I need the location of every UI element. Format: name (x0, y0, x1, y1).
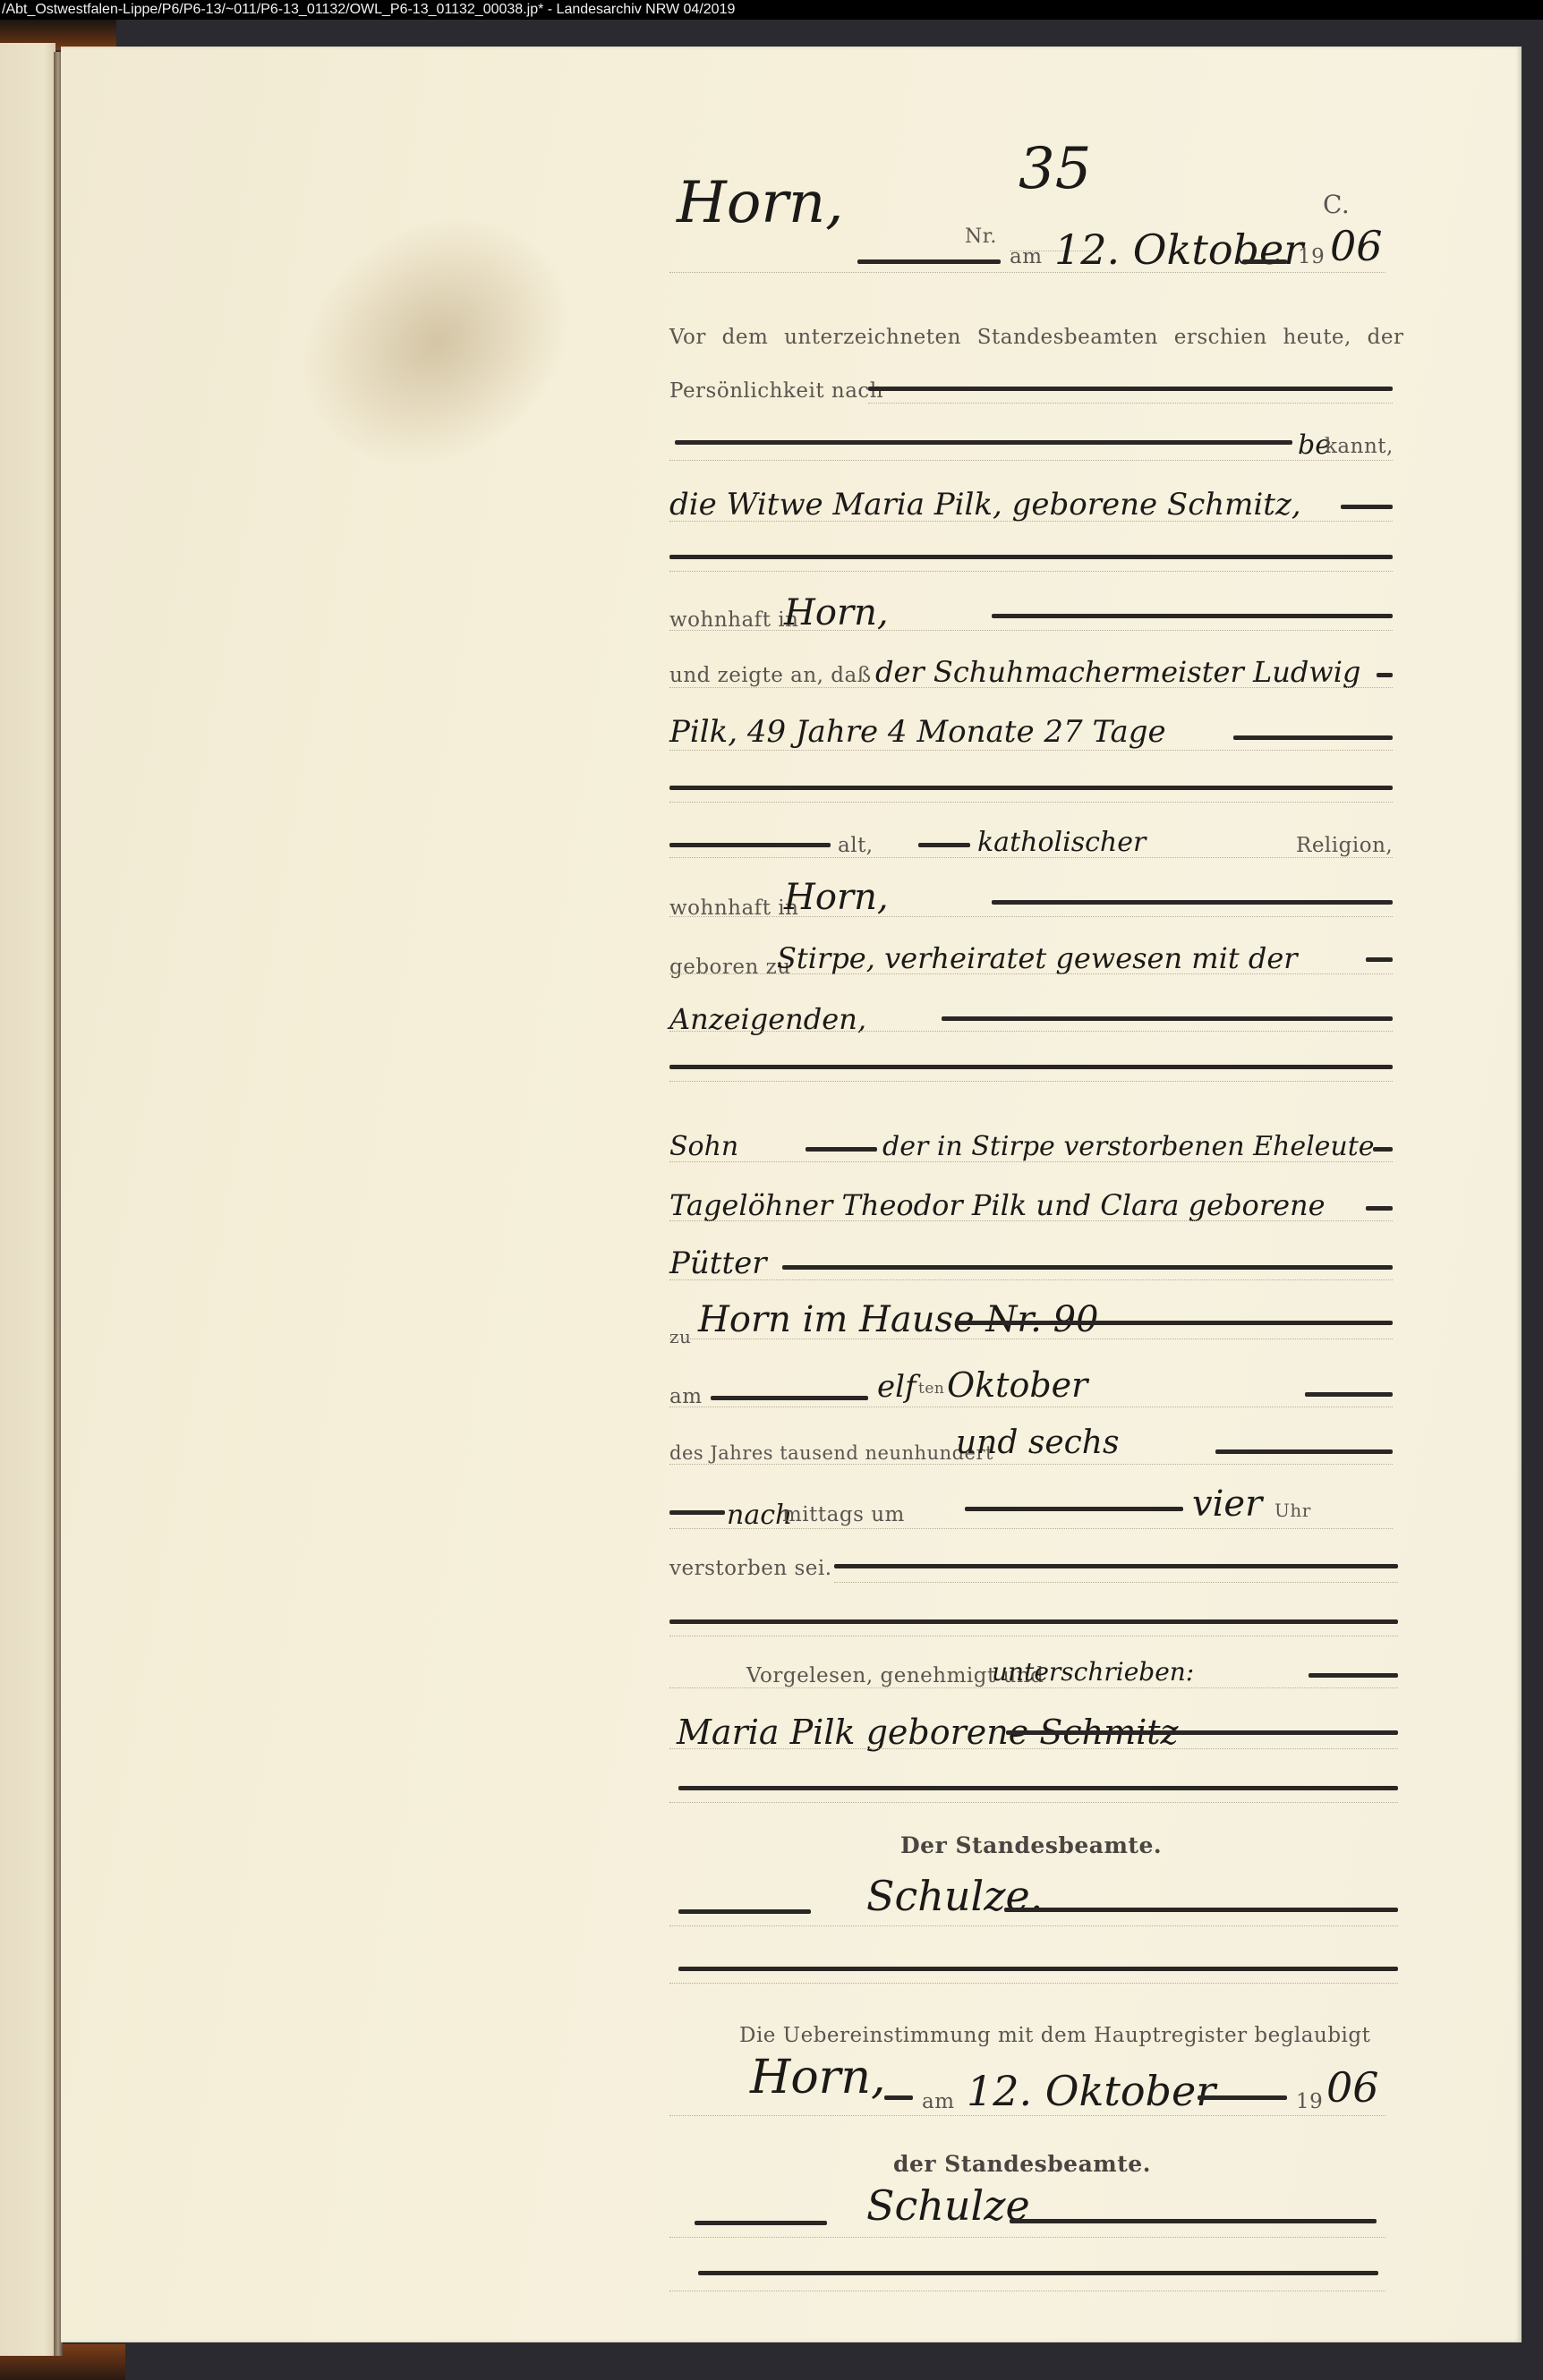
official-title: Der Standesbeamte. (900, 1832, 1162, 1858)
form-text-l7: und zeigte an, daß (669, 664, 872, 687)
form-text-alt: alt, (838, 834, 874, 857)
certification-signature: Schulze (866, 2181, 1030, 2230)
form-text-religion: Religion, (1296, 834, 1393, 857)
hw-day: elf (877, 1369, 916, 1405)
hw-l6: Horn, (784, 592, 889, 633)
form-text-l1: Vor dem unterzeichneten Standesbeamten e… (669, 326, 1404, 349)
form-text-l6: wohnhaft in (669, 608, 798, 632)
certification-official-title: der Standesbeamte. (893, 2151, 1151, 2177)
hw-l8: Pilk, 49 Jahre 4 Monate 27 Tage (669, 714, 1166, 750)
form-text-l3: kannt, (1325, 435, 1394, 458)
hw-sohn: Sohn (669, 1131, 738, 1162)
official-signature: Schulze. (866, 1872, 1043, 1920)
form-letter: C. (1323, 190, 1350, 219)
hw-l12: Stirpe, verheiratet gewesen mit der (777, 941, 1298, 975)
form-text-verstorben: verstorben sei. (669, 1557, 832, 1580)
hw-religion: katholischer (977, 827, 1146, 858)
hw-address: Horn im Hause Nr. 90 (698, 1299, 1098, 1340)
certification-year-suffix: 06 (1326, 2063, 1379, 2112)
form-text-year: des Jahres tausend neunhundert (669, 1442, 993, 1464)
header-place: Horn, (677, 170, 844, 236)
hw-parents: Tagelöhner Theodor Pilk und Clara gebore… (669, 1188, 1326, 1222)
register-page: Horn, Nr. 35 C. am 12. Oktober 19 06 Vor… (61, 47, 1522, 2342)
hw-hour: vier (1192, 1483, 1262, 1525)
window-title: /Abt_Ostwestfalen-Lippe/P6/P6-13/~011/P6… (2, 2, 735, 17)
form-text-l2: Persönlichkeit nach (669, 379, 883, 403)
form-text-zu: zu (669, 1326, 691, 1347)
form-text-l12: geboren zu (669, 956, 791, 979)
hw-l11: Horn, (784, 877, 889, 918)
record-number: 35 (1019, 136, 1091, 202)
certification-text: Die Uebereinstimmung mit dem Hauptregist… (739, 2024, 1370, 2047)
form-text-am: am (669, 1385, 703, 1408)
hw-month: Oktober (947, 1365, 1087, 1405)
date-prefix: am (1010, 245, 1043, 268)
certification-date-prefix: am (922, 2090, 955, 2113)
hw-l7: der Schuhmachermeister Ludwig (875, 655, 1360, 689)
year-prefix: 19 (1298, 245, 1325, 268)
certification-year-prefix: 19 (1296, 2090, 1323, 2113)
window-title-bar: /Abt_Ostwestfalen-Lippe/P6/P6-13/~011/P6… (0, 0, 1543, 20)
mold-stain (252, 165, 620, 520)
informant-line: die Witwe Maria Pilk, geborene Schmitz, (669, 487, 1301, 523)
certification-date: 12. Oktober (967, 2067, 1215, 2115)
hw-year: und sechs (956, 1424, 1119, 1461)
form-text-mittags: mittags um (782, 1503, 905, 1526)
nr-label: Nr. (965, 225, 997, 248)
left-page-edge (0, 43, 55, 2356)
year-suffix: 06 (1330, 222, 1383, 270)
hw-l15: der in Stirpe verstorbenen Eheleute (882, 1131, 1375, 1162)
hw-unterschrieben: unterschrieben: (992, 1657, 1194, 1687)
certification-place: Horn, (750, 2051, 886, 2104)
form-text-ten: ten (918, 1380, 944, 1398)
form-text-uhr: Uhr (1274, 1500, 1311, 1521)
hw-mother-maiden: Pütter (669, 1245, 766, 1281)
header-date: 12. Oktober (1054, 225, 1303, 274)
